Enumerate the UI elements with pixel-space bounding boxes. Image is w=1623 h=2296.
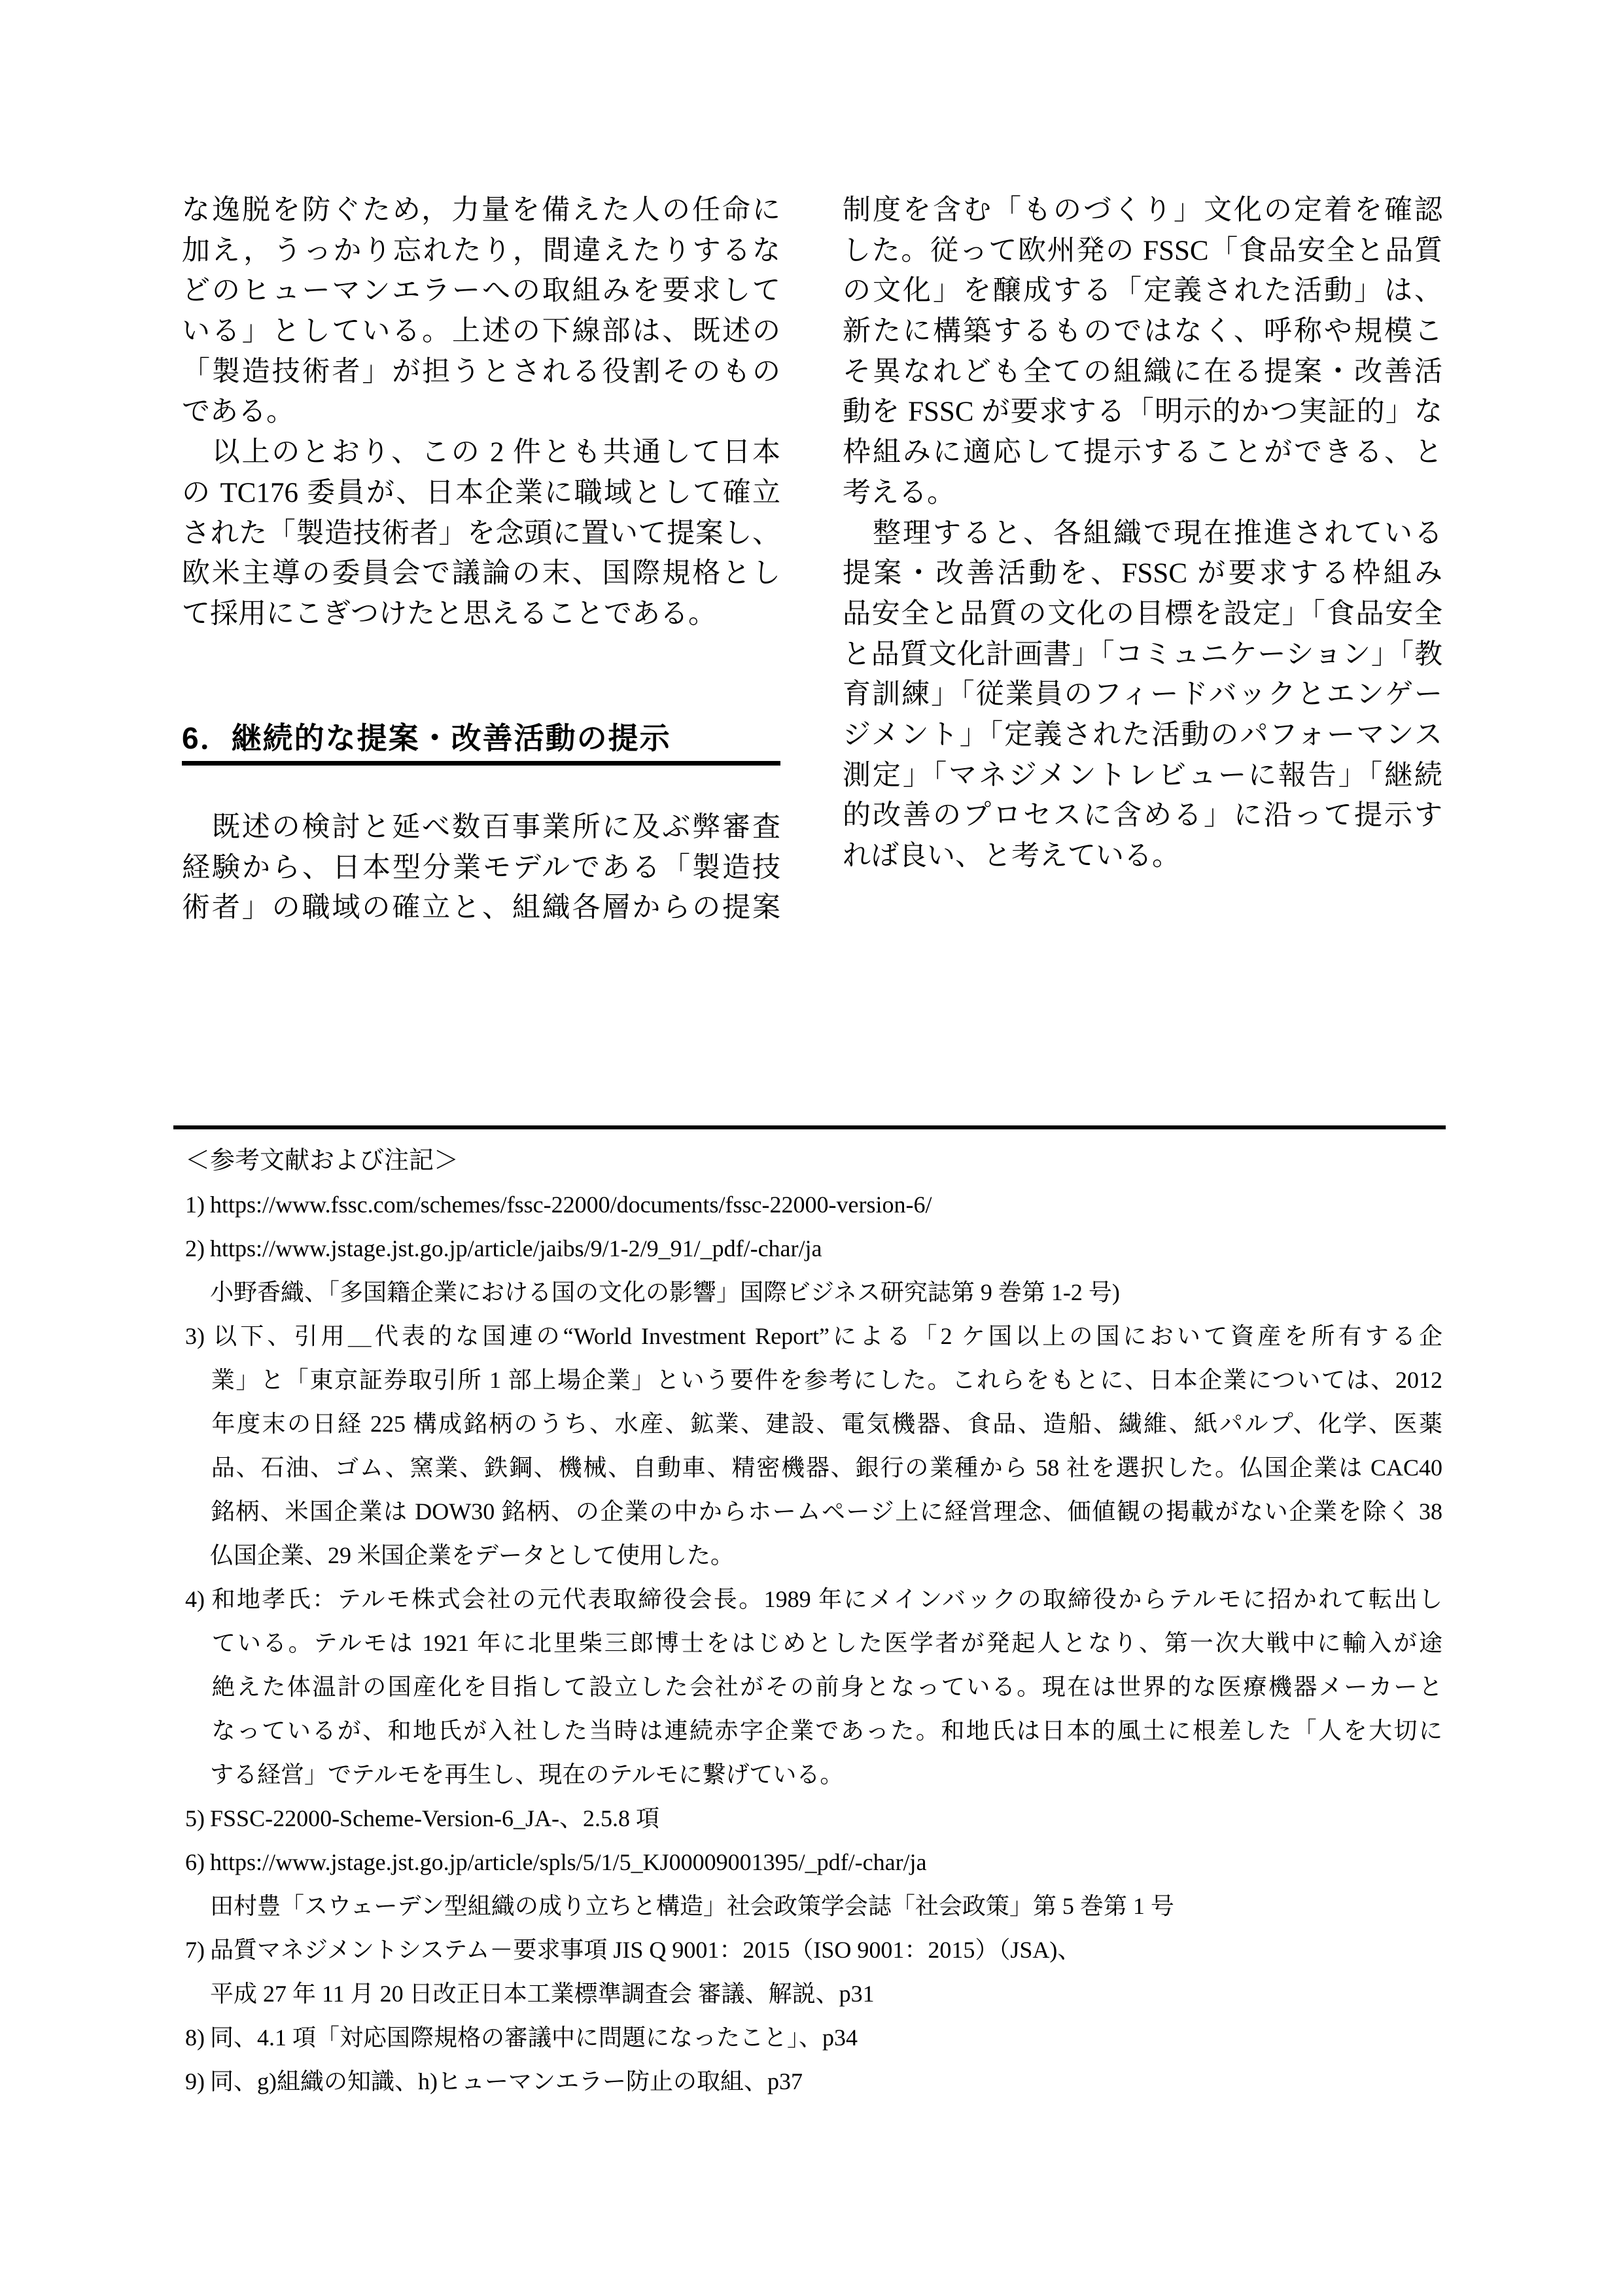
references-list: 1)https://www.fssc.com/schemes/fssc-2200… (185, 1183, 1442, 2104)
body-text-line: どのヒューマンエラーへの取組みを要求して (182, 271, 780, 311)
reference-line: 年度末の日経 225 構成銘柄のうち、水産、鉱業、建設、電気機器、食品、造船、繊… (185, 1402, 1442, 1446)
reference-text: する経営」でテルモを再生し、現在のテルモに繋げている。 (210, 1761, 843, 1788)
body-text-line: 欧米主導の委員会で議論の末、国際規格とし (182, 554, 780, 594)
document-page: な逸脱を防ぐため，力量を備えた人の任命に加え，うっかり忘れたり，間違えたりするな… (0, 0, 1623, 2296)
reference-line: 9)同、g)組織の知識、h)ヒューマンエラー防止の取組、p37 (185, 2060, 1442, 2104)
references-header: ＜参考文献および注記＞ (185, 1139, 1442, 1183)
reference-number: 8) (185, 2016, 210, 2060)
body-text-line: 枠組みに適応して提示することができる、と (843, 433, 1442, 473)
reference-line: 7)品質マネジメントシステム－要求事項 JIS Q 9001：2015（ISO … (185, 1928, 1442, 1972)
reference-text: 平成 27 年 11 月 20 日改正日本工業標準調査会 審議、解説、p31 (210, 1981, 875, 2007)
reference-text: https://www.jstage.jst.go.jp/article/spl… (210, 1849, 927, 1875)
body-text-line: 動を FSSC が要求する「明示的かつ実証的」な (843, 392, 1442, 433)
reference-number: 7) (185, 1928, 210, 1972)
reference-number: 2) (185, 1227, 210, 1271)
reference-text: 業」と「東京証券取引所 1 部上場企業」という要件を参考にした。これらをもとに、… (210, 1367, 1442, 1393)
body-text-line: した。従って欧州発の FSSC「食品安全と品質 (843, 231, 1442, 272)
references-section: ＜参考文献および注記＞ 1)https://www.fssc.com/schem… (185, 1139, 1442, 2104)
reference-line: 田村豊「スウェーデン型組織の成り立ちと構造」社会政策学会誌「社会政策」第 5 巻… (185, 1884, 1442, 1928)
reference-line: 仏国企業、29 米国企業をデータとして使用した。 (185, 1534, 1442, 1578)
reference-number: 5) (185, 1797, 210, 1841)
reference-line: 3)以下、引用＿代表的な国連の“World Investment Report”… (185, 1315, 1442, 1358)
body-text-line: である。 (182, 392, 780, 433)
body-text-line: 「製造技術者」が担うとされる役割そのもの (182, 352, 780, 393)
reference-text: https://www.jstage.jst.go.jp/article/jai… (210, 1235, 822, 1262)
right-column-body: 制度を含む「ものづくり」文化の定着を確認した。従って欧州発の FSSC「食品安全… (843, 190, 1442, 877)
body-text-line: 的改善のプロセスに含める」に沿って提示す (843, 796, 1442, 836)
reference-line: 8)同、4.1 項「対応国際規格の審議中に問題になったこと」、p34 (185, 2016, 1442, 2060)
reference-text: 田村豊「スウェーデン型組織の成り立ちと構造」社会政策学会誌「社会政策」第 5 巻… (210, 1893, 1174, 1919)
reference-line: なっているが、和地氏が入社した当時は連続赤字企業であった。和地氏は日本的風土に根… (185, 1709, 1442, 1753)
body-text-line: の TC176 委員が、日本企業に職域として確立 (182, 473, 780, 514)
reference-line: 平成 27 年 11 月 20 日改正日本工業標準調査会 審議、解説、p31 (185, 1972, 1442, 2016)
reference-text: 仏国企業、29 米国企業をデータとして使用した。 (210, 1542, 734, 1568)
reference-line: ている。テルモは 1921 年に北里柴三郎博士をはじめとした医学者が発起人となり… (185, 1621, 1442, 1665)
reference-text: 同、4.1 項「対応国際規格の審議中に問題になったこと」、p34 (210, 2024, 858, 2051)
body-text-line: 育訓練」「従業員のフィードバックとエンゲー (843, 675, 1442, 715)
reference-line: 2)https://www.jstage.jst.go.jp/article/j… (185, 1227, 1442, 1271)
body-text-line: いる」としている。上述の下線部は、既述の (182, 311, 780, 352)
body-text-line: れば良い、と考えている。 (843, 836, 1442, 877)
reference-text: 絶えた体温計の国産化を目指して設立した会社がその前身となっている。現在は世界的な… (210, 1674, 1442, 1700)
reference-text: https://www.fssc.com/schemes/fssc-22000/… (210, 1192, 932, 1218)
body-text-line: 以上のとおり、この 2 件とも共通して日本 (182, 433, 780, 473)
reference-text: 年度末の日経 225 構成銘柄のうち、水産、鉱業、建設、電気機器、食品、造船、繊… (210, 1411, 1442, 1437)
body-text-line: 考える。 (843, 473, 1442, 514)
body-text-line: ジメント」「定義された活動のパフォーマンス (843, 715, 1442, 756)
body-text-line: 提案・改善活動を、FSSC が要求する枠組み「食 (843, 554, 1442, 594)
reference-line: 小野香織、「多国籍企業における国の文化の影響」国際ビジネス研究誌第 9 巻第 1… (185, 1271, 1442, 1315)
body-text-line: 加え，うっかり忘れたり，間違えたりするな (182, 231, 780, 272)
body-text-line: そ異なれども全ての組織に在る提案・改善活 (843, 352, 1442, 393)
body-text-line: 品安全と品質の文化の目標を設定」「食品安全 (843, 594, 1442, 635)
body-text-line: 既述の検討と延べ数百事業所に及ぶ弊審査 (182, 807, 780, 848)
reference-text: 同、g)組織の知識、h)ヒューマンエラー防止の取組、p37 (210, 2068, 803, 2094)
reference-number: 4) (185, 1578, 210, 1621)
body-text-line: な逸脱を防ぐため，力量を備えた人の任命に (182, 190, 780, 231)
reference-text: 品質マネジメントシステム－要求事項 JIS Q 9001：2015（ISO 90… (210, 1937, 1081, 1963)
reference-line: 5)FSSC-22000-Scheme-Version-6_JA-、2.5.8 … (185, 1797, 1442, 1841)
reference-line: 絶えた体温計の国産化を目指して設立した会社がその前身となっている。現在は世界的な… (185, 1665, 1442, 1709)
reference-line: 1)https://www.fssc.com/schemes/fssc-2200… (185, 1183, 1442, 1227)
reference-line: する経営」でテルモを再生し、現在のテルモに繋げている。 (185, 1753, 1442, 1797)
body-text-line: の文化」を醸成する「定義された活動」は、 (843, 271, 1442, 311)
reference-line: 業」と「東京証券取引所 1 部上場企業」という要件を参考にした。これらをもとに、… (185, 1358, 1442, 1402)
reference-line: 6)https://www.jstage.jst.go.jp/article/s… (185, 1841, 1442, 1884)
body-text-line: された「製造技術者」を念頭に置いて提案し、 (182, 514, 780, 554)
reference-text: 銘柄、米国企業は DOW30 銘柄、の企業の中からホームページ上に経営理念、価値… (210, 1498, 1442, 1525)
body-text-line: 測定」「マネジメントレビューに報告」「継続 (843, 756, 1442, 796)
left-column-after-heading: 既述の検討と延べ数百事業所に及ぶ弊審査経験から、日本型分業モデルである「製造技術… (182, 807, 780, 928)
body-text-line: 経験から、日本型分業モデルである「製造技 (182, 848, 780, 889)
reference-text: なっているが、和地氏が入社した当時は連続赤字企業であった。和地氏は日本的風土に根… (210, 1718, 1442, 1744)
reference-number: 9) (185, 2060, 210, 2104)
reference-text: 以下、引用＿代表的な国連の“World Investment Report”によ… (210, 1323, 1442, 1349)
reference-text: FSSC-22000-Scheme-Version-6_JA-、2.5.8 項 (210, 1805, 659, 1831)
reference-line: 4)和地孝氏：テルモ株式会社の元代表取締役会長。1989 年にメインバックの取締… (185, 1578, 1442, 1621)
reference-text: ている。テルモは 1921 年に北里柴三郎博士をはじめとした医学者が発起人となり… (210, 1630, 1442, 1656)
references-divider-rule (173, 1125, 1446, 1129)
reference-number: 3) (185, 1315, 210, 1358)
body-text-line: て採用にこぎつけたと思えることである。 (182, 594, 780, 635)
reference-text: 品、石油、ゴム、窯業、鉄鋼、機械、自動車、精密機器、銀行の業種から 58 社を選… (210, 1455, 1442, 1481)
body-text-line: 整理すると、各組織で現在推進されている (843, 514, 1442, 554)
reference-line: 品、石油、ゴム、窯業、鉄鋼、機械、自動車、精密機器、銀行の業種から 58 社を選… (185, 1446, 1442, 1490)
body-text-line: 制度を含む「ものづくり」文化の定着を確認 (843, 190, 1442, 231)
body-text-line: と品質文化計画書」「コミュニケーション」「教 (843, 635, 1442, 675)
body-text-line: 術者」の職域の確立と、組織各層からの提案 (182, 888, 780, 928)
reference-text: 小野香織、「多国籍企業における国の文化の影響」国際ビジネス研究誌第 9 巻第 1… (210, 1279, 1120, 1305)
reference-text: 和地孝氏：テルモ株式会社の元代表取締役会長。1989 年にメインバックの取締役か… (210, 1586, 1442, 1612)
reference-line: 銘柄、米国企業は DOW30 銘柄、の企業の中からホームページ上に経営理念、価値… (185, 1490, 1442, 1534)
body-text-line: 新たに構築するものではなく、呼称や規模こ (843, 311, 1442, 352)
reference-number: 6) (185, 1841, 210, 1884)
section-heading: 6．継続的な提案・改善活動の提示 (182, 721, 780, 766)
left-column-body: な逸脱を防ぐため，力量を備えた人の任命に加え，うっかり忘れたり，間違えたりするな… (182, 190, 780, 635)
reference-number: 1) (185, 1183, 210, 1227)
